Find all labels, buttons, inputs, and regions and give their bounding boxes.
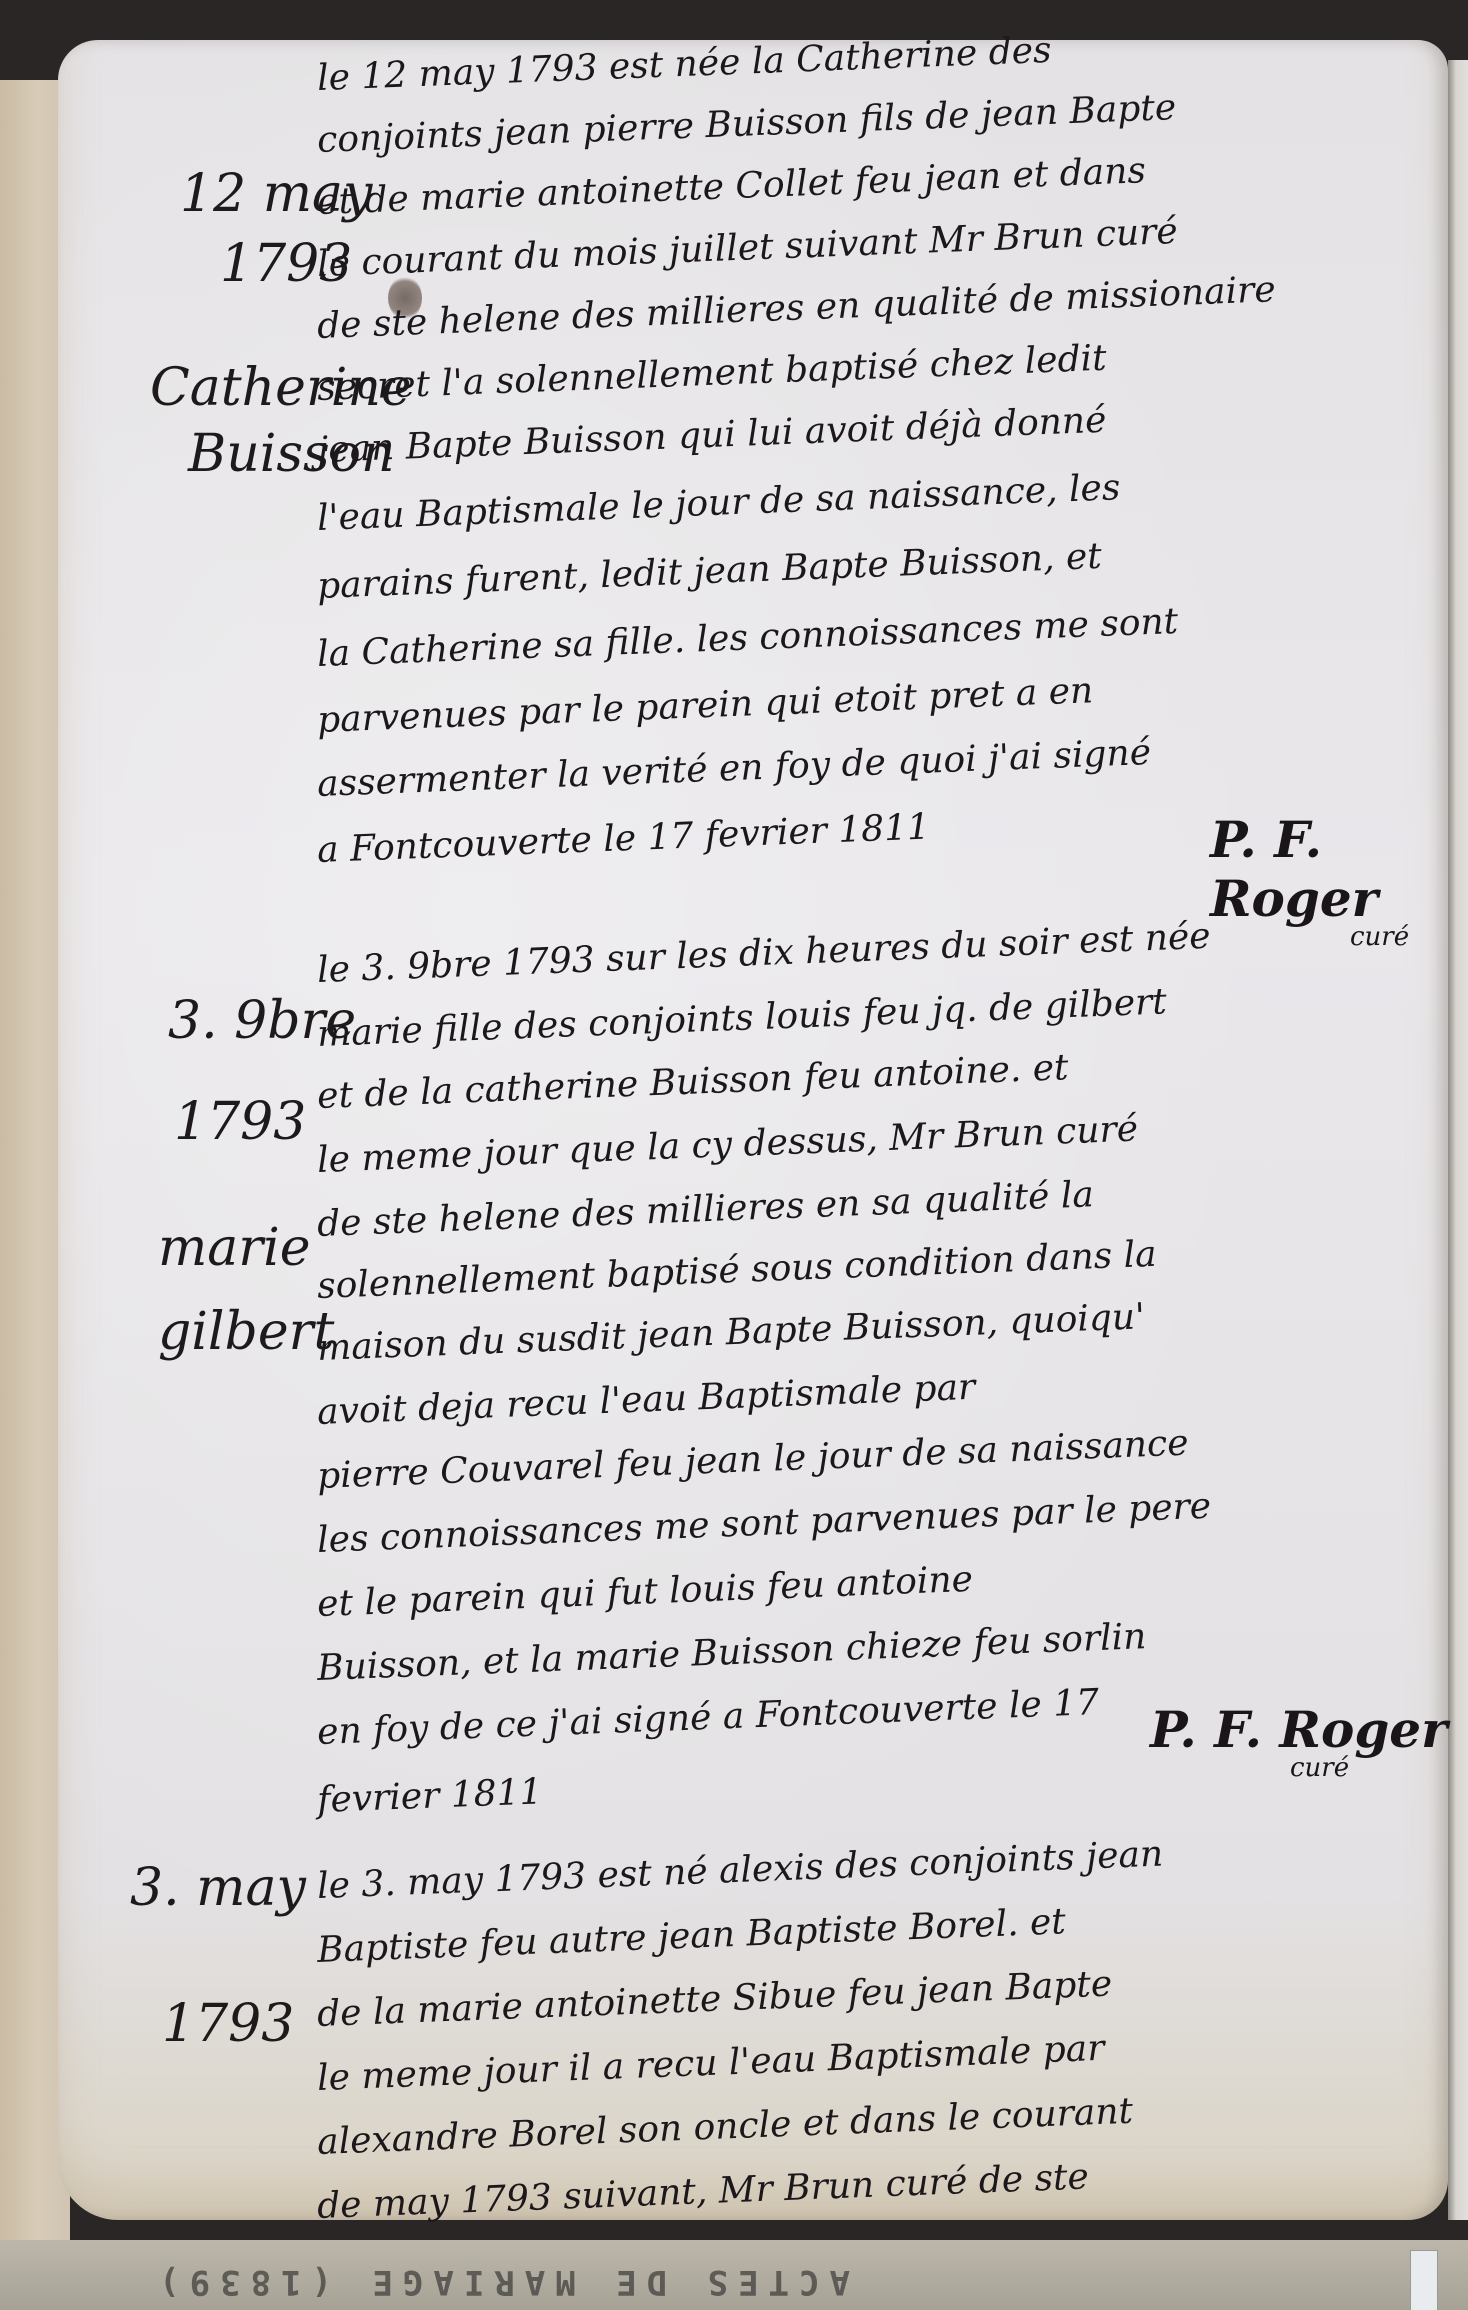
underlying-book-cover-strip: ACTES DE MARIAGE (1839) [0, 2240, 1468, 2310]
cover-label: ACTES DE MARIAGE (1839) [149, 2262, 850, 2302]
signature-name: P. F. Roger [1210, 810, 1378, 928]
archive-tag [1410, 2250, 1438, 2310]
next-page-edge [1448, 60, 1468, 2220]
margin-year: 1793 [174, 1096, 306, 1148]
margin-date: 3. may [130, 1862, 306, 1914]
margin-surname: gilbert [158, 1306, 334, 1358]
text-line: fevrier 1811 [316, 1771, 543, 1821]
signature-title: curé [1350, 922, 1468, 952]
margin-given-name: marie [158, 1222, 311, 1274]
priest-signature: P. F. Roger curé [1150, 1700, 1447, 1783]
signature-name: P. F. Roger [1150, 1700, 1447, 1759]
priest-signature: P. F. Roger curé [1210, 810, 1468, 952]
margin-year: 1793 [162, 1998, 294, 2050]
